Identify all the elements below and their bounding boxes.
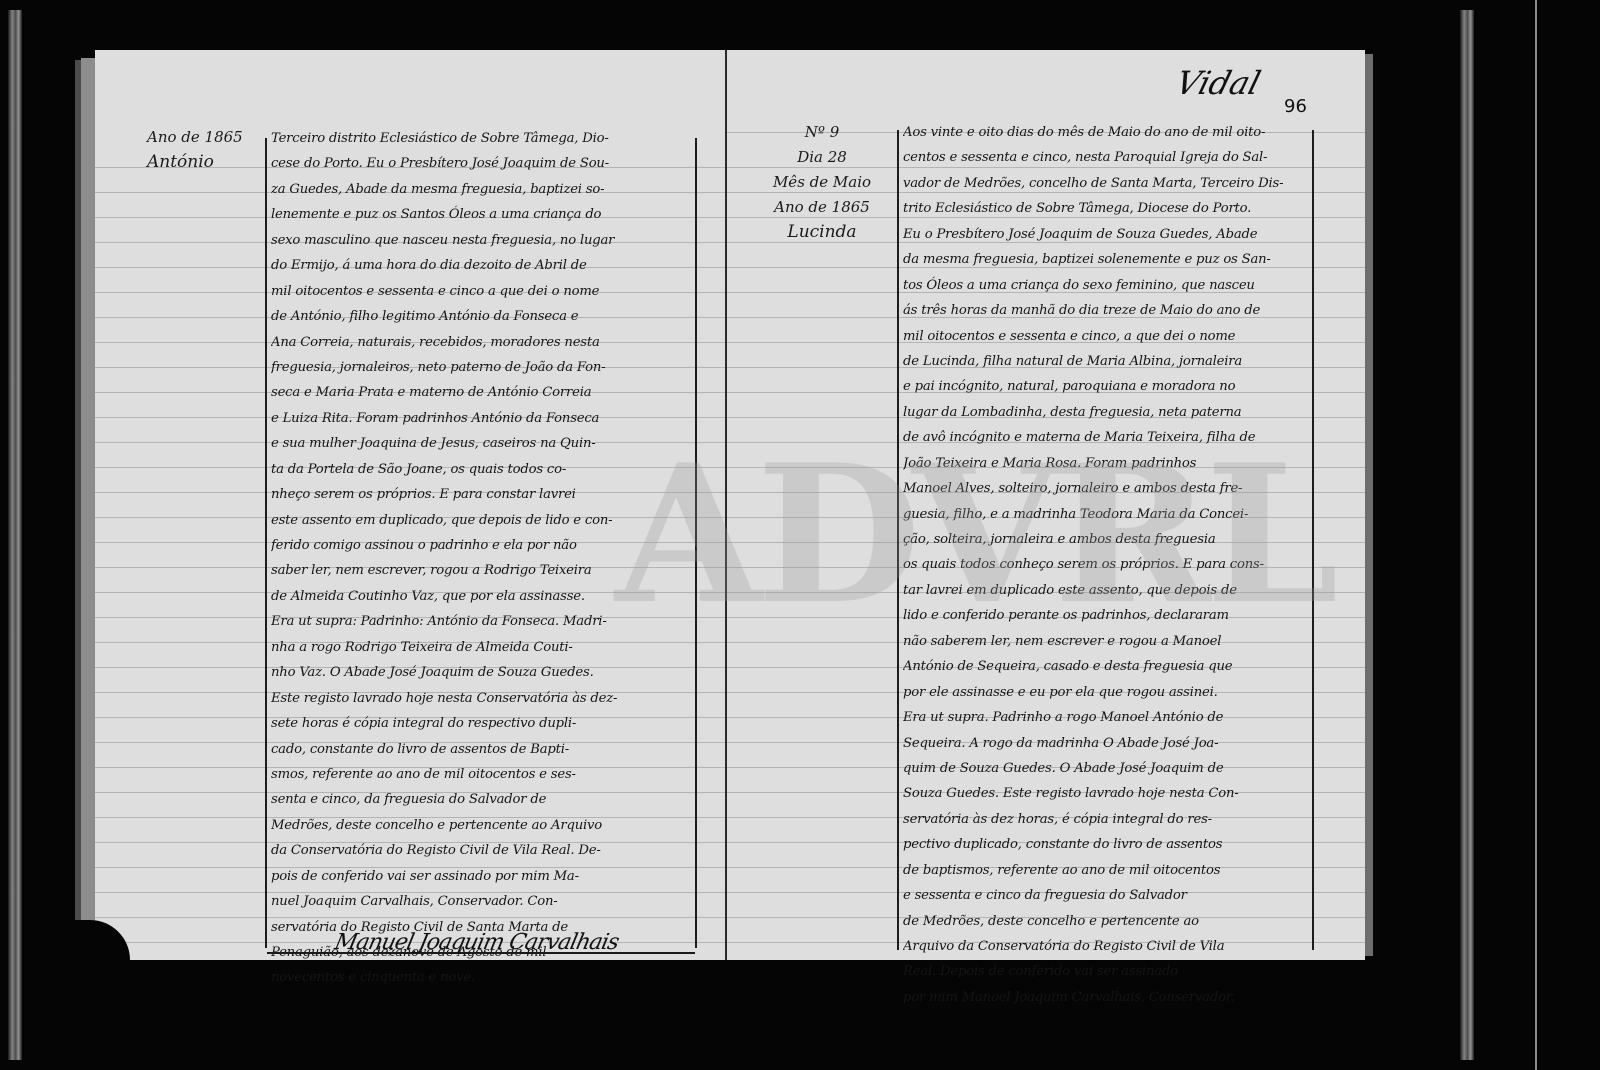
text-line: nha a rogo Rodrigo Teixeira de Almeida C… (271, 635, 695, 660)
text-line: Era ut supra: Padrinho: António da Fonse… (271, 609, 695, 634)
record-number: Nº 9 (757, 120, 887, 145)
page-stack-edge-right (1460, 10, 1474, 1060)
text-line: do Ermijo, á uma hora do dia dezoito de … (271, 253, 695, 278)
text-line: Manoel Alves, solteiro, jornaleiro e amb… (903, 476, 1313, 501)
text-line: tar lavrei em duplicado este assento, qu… (903, 578, 1313, 603)
margin-rule (265, 138, 267, 948)
text-line: de Medrões, deste concelho e pertencente… (903, 909, 1313, 934)
margin-notes: Nº 9 Dia 28 Mês de Maio Ano de 1865 Luci… (757, 120, 887, 245)
text-line: lenemente e puz os Santos Óleos a uma cr… (271, 202, 695, 227)
text-line: este assento em duplicado, que depois de… (271, 508, 695, 533)
text-line: freguesia, jornaleiros, neto paterno de … (271, 355, 695, 380)
text-line: Souza Guedes. Este registo lavrado hoje … (903, 781, 1313, 806)
text-line: Era ut supra. Padrinho a rogo Manoel Ant… (903, 705, 1313, 730)
margin-notes: Ano de 1865 António (147, 125, 243, 175)
text-line: pectivo duplicado, constante do livro de… (903, 832, 1313, 857)
year-note: Ano de 1865 (147, 125, 243, 150)
text-line: de António, filho legitimo António da Fo… (271, 304, 695, 329)
rubric-mark: Vidal (1172, 64, 1265, 102)
text-line: trito Eclesiástico de Sobre Tâmega, Dioc… (903, 196, 1313, 221)
text-line: os quais todos conheço serem os próprios… (903, 552, 1313, 577)
text-line: cado, constante do livro de assentos de … (271, 737, 695, 762)
right-text-rule (695, 138, 697, 948)
text-line: saber ler, nem escrever, rogou a Rodrigo… (271, 558, 695, 583)
text-line: de Almeida Coutinho Vaz, que por ela ass… (271, 584, 695, 609)
text-line: lido e conferido perante os padrinhos, d… (903, 603, 1313, 628)
text-line: ta da Portela de São Joane, os quais tod… (271, 457, 695, 482)
record-day: Dia 28 (757, 145, 887, 170)
text-line: Este registo lavrado hoje nesta Conserva… (271, 686, 695, 711)
text-line: João Teixeira e Maria Rosa. Foram padrin… (903, 451, 1313, 476)
text-line: lugar da Lombadinha, desta freguesia, ne… (903, 400, 1313, 425)
text-line: nheço serem os próprios. E para constar … (271, 482, 695, 507)
text-line: da Conservatória do Registo Civil de Vil… (271, 838, 695, 863)
text-line: sexo masculino que nasceu nesta freguesi… (271, 228, 695, 253)
left-page: Ano de 1865 António Terceiro distrito Ec… (95, 50, 727, 960)
page-number: 96 (1284, 96, 1307, 117)
text-line: tos Óleos a uma criança do sexo feminino… (903, 273, 1313, 298)
text-line: quim de Souza Guedes. O Abade José Joaqu… (903, 756, 1313, 781)
text-line: Arquivo da Conservatória do Registo Civi… (903, 934, 1313, 959)
text-line: de baptismos, referente ao ano de mil oi… (903, 858, 1313, 883)
text-line: centos e sessenta e cinco, nesta Paroqui… (903, 145, 1313, 170)
page-stack-edge-left (8, 10, 22, 1060)
text-line: Ana Correia, naturais, recebidos, morado… (271, 330, 695, 355)
text-line: Eu o Presbítero José Joaquim de Souza Gu… (903, 222, 1313, 247)
text-line: mil oitocentos e sessenta e cinco, a que… (903, 324, 1313, 349)
child-name-note: António (147, 150, 243, 175)
text-line: pois de conferido vai ser assinado por m… (271, 864, 695, 889)
right-page: Vidal 96 Nº 9 Dia 28 Mês de Maio Ano de … (727, 50, 1365, 960)
scanner-frame-line (1535, 0, 1537, 1070)
text-line: cese do Porto. Eu o Presbítero José Joaq… (271, 151, 695, 176)
text-line: Medrões, deste concelho e pertencente ao… (271, 813, 695, 838)
text-line: ção, solteira, jornaleira e ambos desta … (903, 527, 1313, 552)
text-line: smos, referente ao ano de mil oitocentos… (271, 762, 695, 787)
text-line: za Guedes, Abade da mesma freguesia, bap… (271, 177, 695, 202)
thumb-shadow (60, 920, 130, 990)
text-line: ferido comigo assinou o padrinho e ela p… (271, 533, 695, 558)
open-register-book: Ano de 1865 António Terceiro distrito Ec… (60, 50, 1400, 1040)
text-line: nho Vaz. O Abade José Joaquim de Souza G… (271, 660, 695, 685)
text-line: de avô incógnito e materna de Maria Teix… (903, 425, 1313, 450)
text-line: não saberem ler, nem escrever e rogou a … (903, 629, 1313, 654)
text-line: e sessenta e cinco da freguesia do Salva… (903, 883, 1313, 908)
record-year: Ano de 1865 (757, 195, 887, 220)
text-line: de Lucinda, filha natural de Maria Albin… (903, 349, 1313, 374)
record-month: Mês de Maio (757, 170, 887, 195)
text-line: vador de Medrões, concelho de Santa Mart… (903, 171, 1313, 196)
text-line: novecentos e cinquenta e nove. (271, 965, 695, 990)
text-line: e Luiza Rita. Foram padrinhos António da… (271, 406, 695, 431)
record-text: Aos vinte e oito dias do mês de Maio do … (903, 120, 1313, 1010)
text-line: nuel Joaquim Carvalhais, Conservador. Co… (271, 889, 695, 914)
text-line: senta e cinco, da freguesia do Salvador … (271, 787, 695, 812)
text-line: sete horas é cópia integral do respectiv… (271, 711, 695, 736)
text-line: por ele assinasse e eu por ela que rogou… (903, 680, 1313, 705)
text-line: seca e Maria Prata e materno de António … (271, 380, 695, 405)
text-line: servatória às dez horas, é cópia integra… (903, 807, 1313, 832)
text-line: e sua mulher Joaquina de Jesus, caseiros… (271, 431, 695, 456)
text-line: ás três horas da manhã do dia treze de M… (903, 298, 1313, 323)
text-line: mil oitocentos e sessenta e cinco a que … (271, 279, 695, 304)
text-line: Aos vinte e oito dias do mês de Maio do … (903, 120, 1313, 145)
text-line: por mim Manoel Joaquim Carvalhais, Conse… (903, 985, 1313, 1010)
margin-rule (897, 130, 899, 950)
record-text: Terceiro distrito Eclesiástico de Sobre … (271, 126, 695, 991)
text-line: guesia, filho, e a madrinha Teodora Mari… (903, 502, 1313, 527)
text-line: Terceiro distrito Eclesiástico de Sobre … (271, 126, 695, 151)
text-line: Sequeira. A rogo da madrinha O Abade Jos… (903, 731, 1313, 756)
text-line: da mesma freguesia, baptizei solenemente… (903, 247, 1313, 272)
conservator-signature: Manuel Joaquim Carvalhais (332, 930, 620, 955)
text-line: Real. Depois de conferido vai ser assina… (903, 959, 1313, 984)
child-name-note: Lucinda (757, 220, 887, 245)
text-line: António de Sequeira, casado e desta freg… (903, 654, 1313, 679)
text-line: e pai incógnito, natural, paroquiana e m… (903, 374, 1313, 399)
